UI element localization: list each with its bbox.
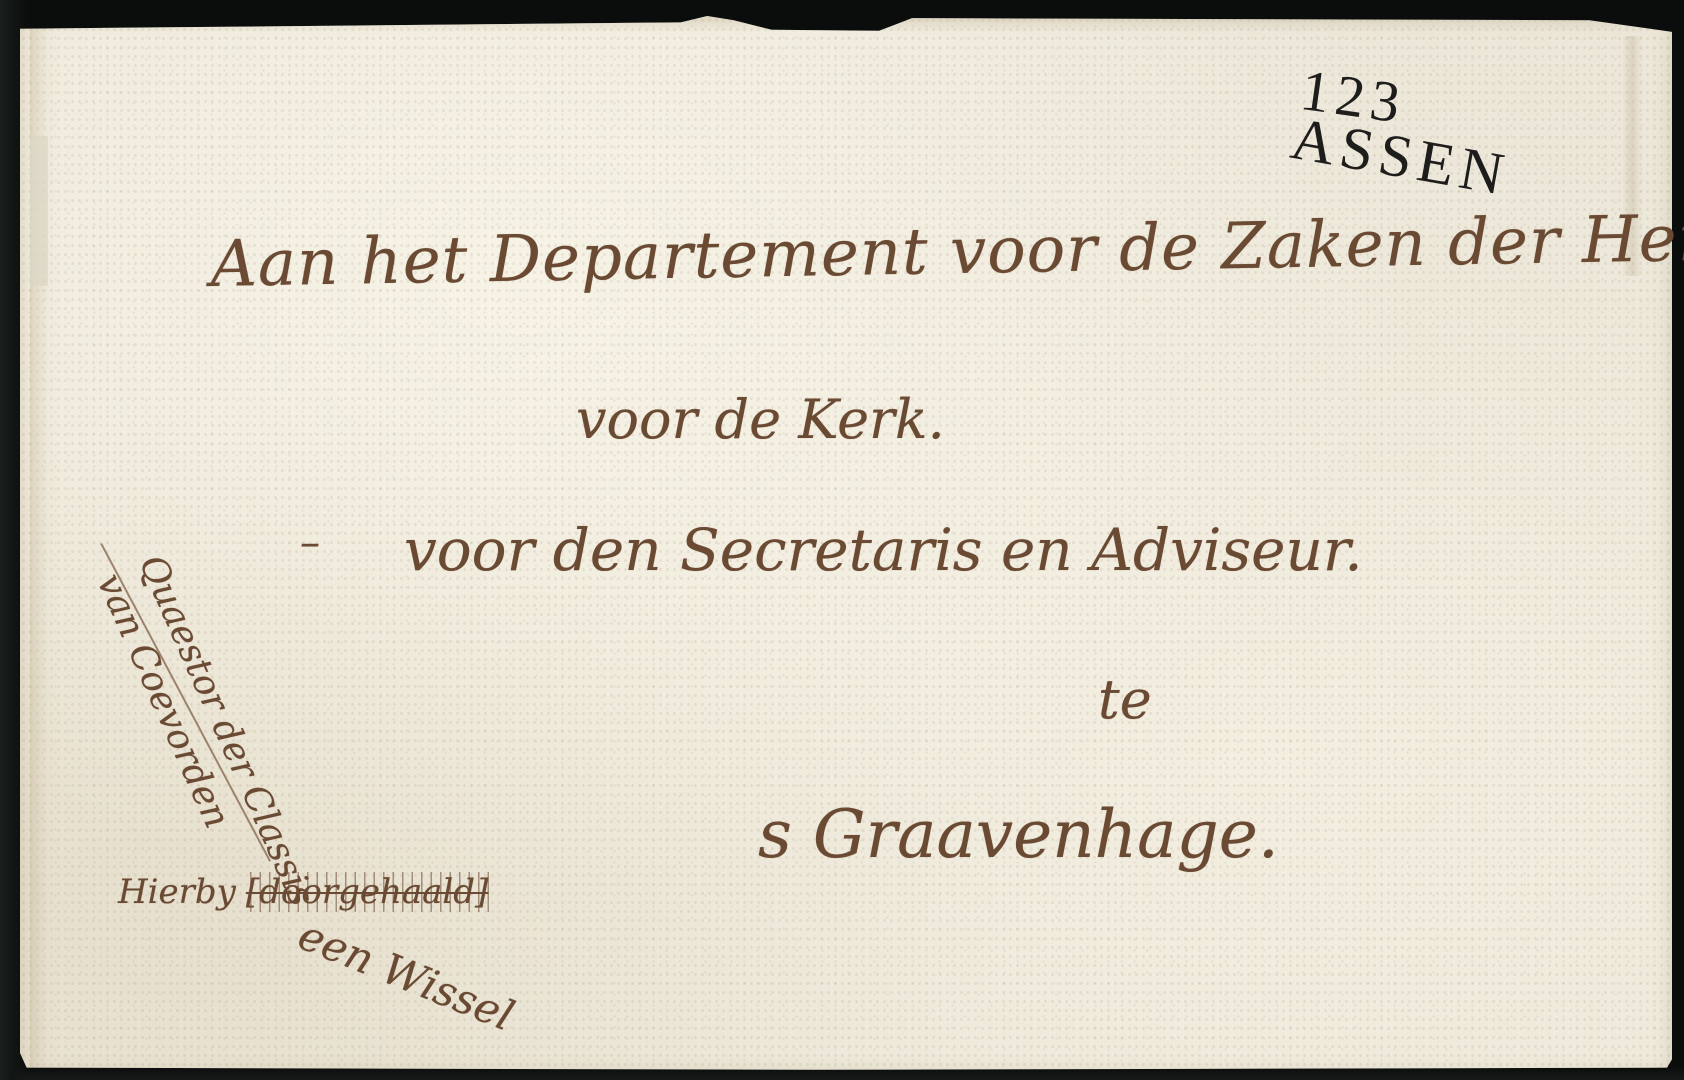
enclosure-note: Hierby[doorgehaald] xyxy=(118,872,492,912)
address-city: s Graavenhage. xyxy=(758,796,1279,873)
address-line-2: voor de Kerk. xyxy=(576,388,945,451)
address-line-4: te xyxy=(1098,668,1152,731)
enclosure-prefix: Hierby xyxy=(118,872,236,912)
underlying-flap xyxy=(30,136,48,286)
dash-mark: – xyxy=(300,520,320,566)
address-line-3: voor den Secretaris en Adviseur. xyxy=(404,516,1363,584)
struck-out-text: [doorgehaald] xyxy=(242,872,492,912)
